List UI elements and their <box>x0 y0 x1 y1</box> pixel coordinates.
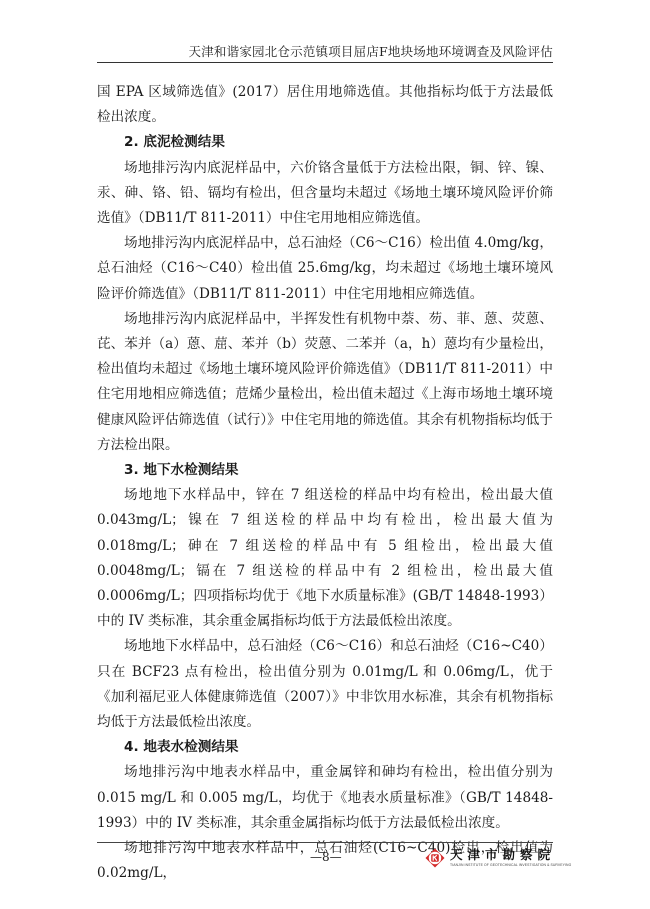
paragraph: 场地地下水样品中，锌在 7 组送检的样品中均有检出，检出最大值 0.043mg/… <box>97 483 553 634</box>
paragraph: 场地排污沟中地表水样品中，重金属锌和砷均有检出，检出值分别为 0.015 mg/… <box>97 760 553 836</box>
page-number: —8— <box>310 850 342 864</box>
section-heading-sediment: 2. 底泥检测结果 <box>97 130 553 155</box>
paragraph: 国 EPA 区域筛选值》(2017）居住用地筛选值。其他指标均低于方法最低检出浓… <box>97 80 553 130</box>
logo-chinese-name: 天津市勘察院 <box>450 848 571 862</box>
institute-logo: 天津市勘察院 TIANJIN INSTITUTE OF GEOTECHNICAL… <box>425 848 571 868</box>
section-heading-surface-water: 4. 地表水检测结果 <box>97 735 553 760</box>
section-heading-groundwater: 3. 地下水检测结果 <box>97 458 553 483</box>
paragraph: 场地排污沟内底泥样品中，半挥发性有机物中萘、芴、菲、蒽、荧蒽、芘、苯并（a）蒽、… <box>97 307 553 458</box>
document-body: 国 EPA 区域筛选值》(2017）居住用地筛选值。其他指标均低于方法最低检出浓… <box>97 80 553 887</box>
institute-emblem-icon <box>425 848 445 868</box>
paragraph: 场地排污沟内底泥样品中，总石油烃（C6～C16）检出值 4.0mg/kg，总石油… <box>97 231 553 307</box>
running-header-title: 天津和谐家园北仓示范镇项目屈店F地块场地环境调查及风险评估 <box>97 42 553 60</box>
paragraph: 场地地下水样品中，总石油烃（C6～C16）和总石油烃（C16~C40）只在 BC… <box>97 634 553 735</box>
paragraph: 场地排污沟内底泥样品中，六价铬含量低于方法检出限，铜、锌、镍、汞、砷、铬、铅、镉… <box>97 156 553 232</box>
header-divider <box>97 62 553 63</box>
logo-english-name: TIANJIN INSTITUTE OF GEOTECHNICAL INVEST… <box>450 862 571 868</box>
footer-divider <box>97 842 553 843</box>
